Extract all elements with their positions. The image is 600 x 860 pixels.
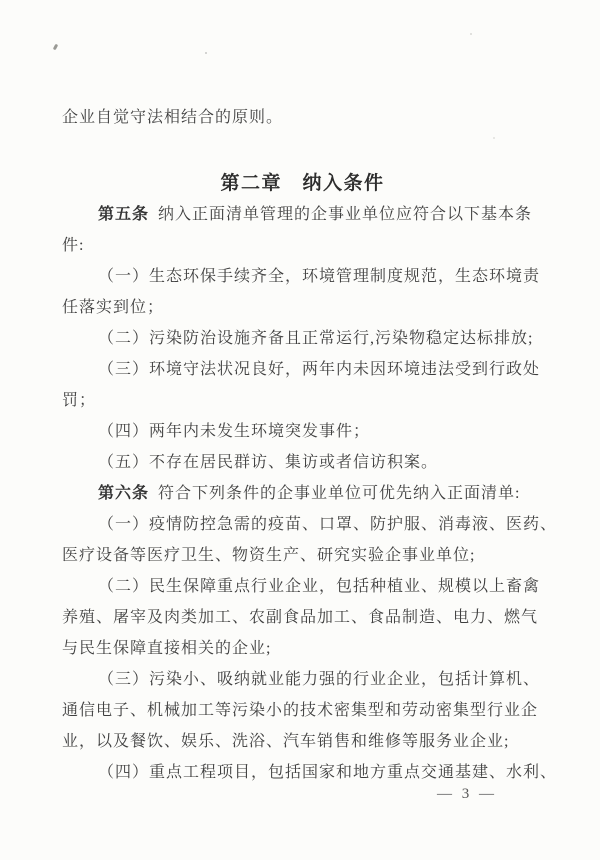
scan-speck	[470, 33, 472, 35]
text-line: （三）环境守法状况良好，两年内未因环境违法受到行政处	[62, 354, 543, 385]
line-text: 业，以及餐饮、娱乐、洗浴、汽车销售和维修等服务业企业;	[62, 733, 509, 750]
line-text: 第二章 纳入条件	[220, 173, 384, 194]
line-text: 养殖、屠宰及肉类加工、农副食品加工、食品制造、电力、燃气	[62, 609, 538, 626]
line-text: 企业自觉守法相结合的原则。	[62, 109, 283, 126]
scan-speck	[205, 52, 207, 54]
line-text: （四）两年内未发生环境突发事件；	[98, 423, 370, 440]
line-text: 任落实到位；	[62, 299, 164, 316]
document-page: 企业自觉守法相结合的原则。第二章 纳入条件第五条纳入正面清单管理的企事业单位应符…	[0, 0, 600, 860]
text-line: 通信电子、机械加工等污染小的技术密集型和劳动密集型行业企	[62, 695, 543, 726]
line-text: （一）疫情防控急需的疫苗、口罩、防护服、消毒液、医药、	[98, 516, 557, 533]
text-line: 第五条纳入正面清单管理的企事业单位应符合以下基本条	[62, 199, 543, 230]
line-text: 医疗设备等医疗卫生、物资生产、研究实验企事业单位;	[62, 547, 475, 564]
text-line: 任落实到位；	[62, 292, 543, 323]
text-line: （三）污染小、吸纳就业能力强的行业企业，包括计算机、	[62, 664, 543, 695]
text-line: 件:	[62, 230, 543, 261]
line-text: 件:	[62, 237, 84, 254]
line-text: （一）生态环保手续齐全，环境管理制度规范，生态环境责	[98, 268, 540, 285]
line-text: 与民生保障直接相关的企业;	[62, 640, 271, 657]
line-text: （二）污染防治设施齐备且正常运行,污染物稳定达标排放;	[98, 330, 533, 347]
text-line: 企业自觉守法相结合的原则。	[62, 102, 543, 133]
article-label: 第六条	[98, 485, 149, 502]
article-label: 第五条	[98, 206, 149, 223]
text-line: （五）不存在居民群访、集访或者信访积案。	[62, 447, 543, 478]
line-text: （三）污染小、吸纳就业能力强的行业企业，包括计算机、	[98, 671, 540, 688]
page-number: — 3 —	[437, 784, 497, 804]
line-text: 罚；	[62, 392, 96, 409]
text-line: 业，以及餐饮、娱乐、洗浴、汽车销售和维修等服务业企业;	[62, 726, 543, 757]
document-lines: 企业自觉守法相结合的原则。第二章 纳入条件第五条纳入正面清单管理的企事业单位应符…	[62, 102, 543, 788]
scan-speck	[493, 137, 495, 139]
text-line: 医疗设备等医疗卫生、物资生产、研究实验企事业单位;	[62, 540, 543, 571]
line-text: 符合下列条件的企事业单位可优先纳入正面清单:	[158, 485, 520, 502]
text-line: 第六条符合下列条件的企事业单位可优先纳入正面清单:	[62, 478, 543, 509]
line-text: （二）民生保障重点行业企业，包括种植业、规模以上畜禽	[98, 578, 540, 595]
text-line: （一）疫情防控急需的疫苗、口罩、防护服、消毒液、医药、	[62, 509, 543, 540]
scan-speck	[53, 44, 58, 51]
chapter-heading: 第二章 纳入条件	[62, 168, 543, 199]
text-line: （二）民生保障重点行业企业，包括种植业、规模以上畜禽	[62, 571, 543, 602]
line-text: （四）重点工程项目，包括国家和地方重点交通基建、水利、	[98, 764, 557, 781]
line-text: 纳入正面清单管理的企事业单位应符合以下基本条	[158, 206, 532, 223]
text-line: 罚；	[62, 385, 543, 416]
text-line: 与民生保障直接相关的企业;	[62, 633, 543, 664]
text-line: 养殖、屠宰及肉类加工、农副食品加工、食品制造、电力、燃气	[62, 602, 543, 633]
line-text: 通信电子、机械加工等污染小的技术密集型和劳动密集型行业企	[62, 702, 538, 719]
text-line: （四）两年内未发生环境突发事件；	[62, 416, 543, 447]
text-line: （一）生态环保手续齐全，环境管理制度规范，生态环境责	[62, 261, 543, 292]
text-line: （二）污染防治设施齐备且正常运行,污染物稳定达标排放;	[62, 323, 543, 354]
line-text: （五）不存在居民群访、集访或者信访积案。	[98, 454, 438, 471]
line-text: （三）环境守法状况良好，两年内未因环境违法受到行政处	[98, 361, 540, 378]
